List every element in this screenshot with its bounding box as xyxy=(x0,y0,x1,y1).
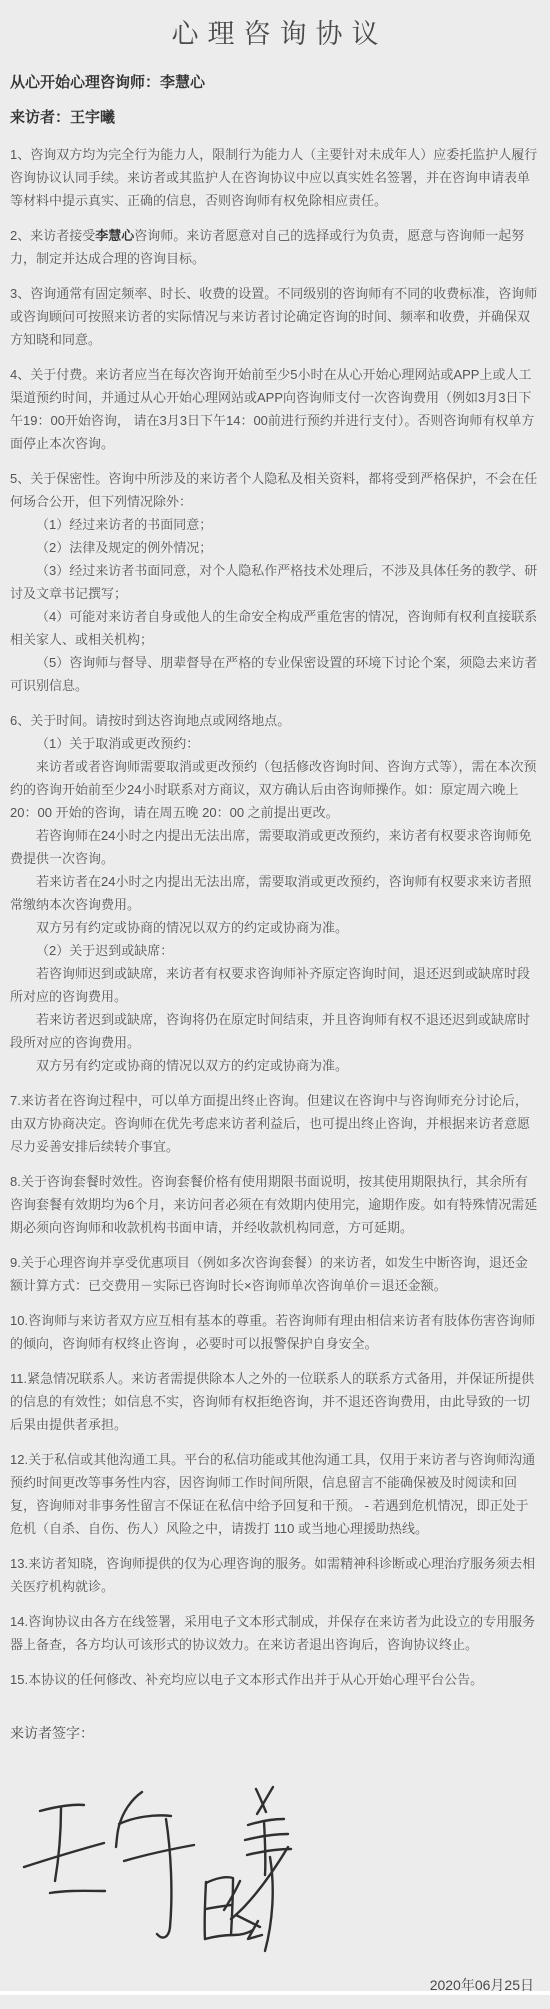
sub-paragraph: （4）可能对来访者自身或他人的生命安全构成严重危害的情况，咨询师有权利直接联系相… xyxy=(10,605,540,651)
sub-paragraph: （2）关于迟到或缺席： xyxy=(10,939,540,962)
clause-paragraph: 9.关于心理咨询并享受优惠项目（例如多次咨询套餐）的来访者，如发生中断咨询，退还… xyxy=(10,1251,540,1297)
agreement-clauses: 1、咨询双方均为完全行为能力人，限制行为能力人（主要针对未成年人）应委托监护人履… xyxy=(10,143,540,1691)
sub-paragraph: （2）法律及规定的例外情况； xyxy=(10,536,540,559)
clause-paragraph: 2、来访者接受李慧心咨询师。来访者愿意对自己的选择或行为负责，愿意与咨询师一起努… xyxy=(10,224,540,270)
agreement-page: 心理咨询协议 从心开始心理咨询师：李慧心 来访者：王宇曦 1、咨询双方均为完全行… xyxy=(0,0,550,1995)
clause-paragraph: 12.关于私信或其他沟通工具。平台的私信功能或其他沟通工具，仅用于来访者与咨询师… xyxy=(10,1448,540,1540)
sub-paragraph: 若来访者在24小时之内提出无法出席，需要取消或更改预约，咨询师有权要求来访者照常… xyxy=(10,870,540,916)
counselor-name-inline: 李慧心 xyxy=(95,228,134,243)
clause-paragraph: 8.关于咨询套餐时效性。咨询套餐价格有使用期限书面说明，按其使用期限执行，其余所… xyxy=(10,1170,540,1239)
sub-paragraph: 双方另有约定或协商的情况以双方的约定或协商为准。 xyxy=(10,916,540,939)
counselor-line: 从心开始心理咨询师：李慧心 xyxy=(10,73,540,93)
signature-svg xyxy=(20,1769,300,1969)
clause-paragraph: 3、咨询通常有固定频率、时长、收费的设置。不同级别的咨询师有不同的收费标准，咨询… xyxy=(10,282,540,351)
counselor-label: 从心开始心理咨询师： xyxy=(10,74,160,91)
sub-paragraph: 若咨询师在24小时之内提出无法出席，需要取消或更改预约，来访者有权要求咨询师免费… xyxy=(10,824,540,870)
visitor-signature-drawing xyxy=(20,1769,300,1969)
page-title: 心理咨询协议 xyxy=(10,12,540,51)
visitor-label: 来访者： xyxy=(10,109,70,126)
clause-paragraph: 10.咨询师与来访者双方应互相有基本的尊重。若咨询师有理由相信来访者有肢体伤害咨… xyxy=(10,1309,540,1355)
sub-paragraph: （3）经过来访者书面同意，对个人隐私作严格技术处理后，不涉及具体任务的教学、研讨… xyxy=(10,559,540,605)
sub-paragraph: （1）关于取消或更改预约： xyxy=(10,732,540,755)
clause-paragraph: 14.咨询协议由各方在线签署，采用电子文本形式制成，并保存在来访者为此设立的专用… xyxy=(10,1610,540,1656)
visitor-line: 来访者：王宇曦 xyxy=(10,108,540,128)
sub-paragraph: 若来访者迟到或缺席，咨询将仍在原定时间结束，并且咨询师有权不退还迟到或缺席时段所… xyxy=(10,1008,540,1054)
clause-paragraph: 13.来访者知晓，咨询师提供的仅为心理咨询的服务。如需精神科诊断或心理治疗服务须… xyxy=(10,1552,540,1598)
clause-paragraph: 1、咨询双方均为完全行为能力人，限制行为能力人（主要针对未成年人）应委托监护人履… xyxy=(10,143,540,212)
clause-paragraph: 11.紧急情况联系人。来访者需提供除本人之外的一位联系人的联系方式备用，并保证所… xyxy=(10,1367,540,1436)
sub-paragraph: 来访者或者咨询师需要取消或更改预约（包括修改咨询时间、咨询方式等），需在本次预约… xyxy=(10,755,540,824)
clause-paragraph: 5、关于保密性。咨询中所涉及的来访者个人隐私及相关资料，都将受到严格保护，不会在… xyxy=(10,467,540,513)
clause-paragraph: 15.本协议的任何修改、补充均应以电子文本形式作出并于从心开始心理平台公告。 xyxy=(10,1668,540,1691)
sub-paragraph: 双方另有约定或协商的情况以双方的约定或协商为准。 xyxy=(10,1054,540,1077)
clause-paragraph: 4、关于付费。来访者应当在每次咨询开始前至少5小时在从心开始心理网站或APP上或… xyxy=(10,363,540,455)
clause-paragraph: 6、关于时间。请按时到达咨询地点或网络地点。 xyxy=(10,709,540,732)
sub-paragraph: （1）经过来访者的书面同意； xyxy=(10,513,540,536)
counselor-name: 李慧心 xyxy=(160,74,205,91)
sub-paragraph: （5）咨询师与督导、朋辈督导在严格的专业保密设置的环境下讨论个案，须隐去来访者可… xyxy=(10,651,540,697)
bottom-divider xyxy=(0,1991,550,1995)
visitor-name: 王宇曦 xyxy=(70,109,115,126)
clause-paragraph: 7.来访者在咨询过程中，可以单方面提出终止咨询。但建议在咨询中与咨询师充分讨论后… xyxy=(10,1089,540,1158)
visitor-signature-label: 来访者签字： xyxy=(10,1723,540,1743)
sub-paragraph: 若咨询师迟到或缺席，来访者有权要求咨询师补齐原定咨询时间，退还迟到或缺席时段所对… xyxy=(10,962,540,1008)
